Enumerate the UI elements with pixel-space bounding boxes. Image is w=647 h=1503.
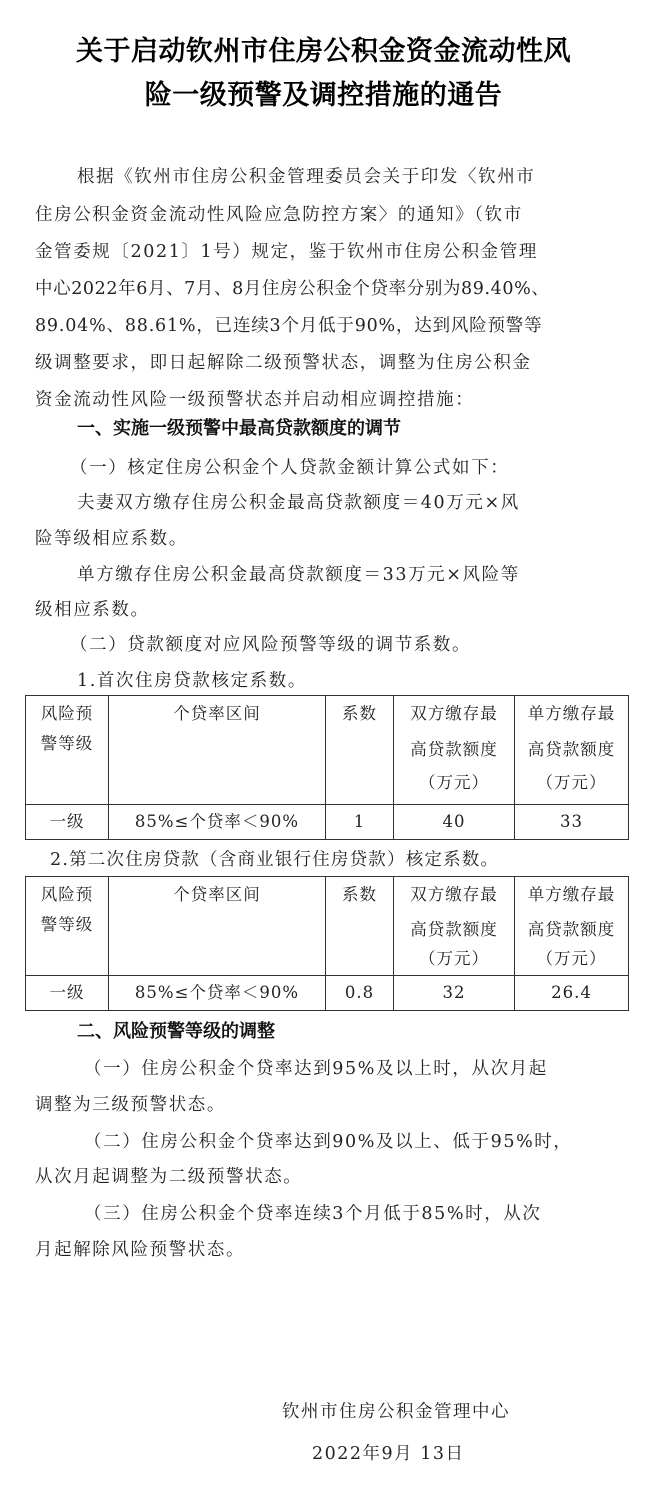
cell-single-max: 26.4 (515, 976, 629, 1011)
section-2-item-3-line-1: （三）住房公积金个贷率连续3个月低于85%时，从次 (84, 1202, 647, 1226)
header-text: 高贷款额度 (394, 913, 514, 947)
header-text: 高贷款额度 (515, 913, 628, 947)
intro-line: 中心2022年6月、7月、8月住房公积金个贷率分别为89.40%、 (35, 277, 615, 301)
cell-dual-max: 32 (394, 976, 515, 1011)
intro-line: 住房公积金资金流动性风险应急防控方案〉的通知》（钦市 (35, 203, 615, 227)
header-rate-range: 个贷率区间 (109, 696, 326, 805)
signature-date: 2022年9月 13日 (312, 1440, 465, 1465)
cell-level: 一级 (26, 976, 109, 1011)
intro-line: 级调整要求，即日起解除二级预警状态，调整为住房公积金 (35, 351, 615, 375)
table-header-row: 风险预 警等级 个贷率区间 系数 双方缴存最 高贷款额度 （万元） 单方缴存最 … (26, 696, 629, 805)
header-text: 个贷率区间 (109, 877, 325, 913)
header-text: 单方缴存最 (515, 877, 628, 913)
cell-coefficient: 1 (326, 805, 394, 840)
header-single-max: 单方缴存最 高贷款额度 （万元） (515, 696, 629, 805)
table-header-row: 风险预 警等级 个贷率区间 系数 双方缴存最 高贷款额度 （万元） 单方缴存最 … (26, 877, 629, 976)
cell-coefficient: 0.8 (326, 976, 394, 1011)
header-risk-level: 风险预 警等级 (26, 877, 109, 976)
header-text: （万元） (515, 947, 628, 971)
formula-dual-line-2: 险等级相应系数。 (35, 527, 615, 551)
table-1-caption: 1.首次住房贷款核定系数。 (77, 669, 647, 693)
header-coefficient: 系数 (326, 696, 394, 805)
section-2-heading: 二、风险预警等级的调整 (77, 1020, 275, 1044)
header-text: 双方缴存最 (394, 696, 514, 732)
cell-level: 一级 (26, 805, 109, 840)
document-title-line-1: 关于启动钦州市住房公积金资金流动性风 (0, 33, 647, 71)
coefficient-table-1: 风险预 警等级 个贷率区间 系数 双方缴存最 高贷款额度 （万元） 单方缴存最 … (25, 695, 629, 840)
cell-rate-range: 85%≤个贷率＜90% (109, 805, 326, 840)
header-rate-range: 个贷率区间 (109, 877, 326, 976)
cell-dual-max: 40 (394, 805, 515, 840)
cell-rate-range: 85%≤个贷率＜90% (109, 976, 326, 1011)
coefficient-table-2: 风险预 警等级 个贷率区间 系数 双方缴存最 高贷款额度 （万元） 单方缴存最 … (25, 876, 629, 1011)
header-dual-max: 双方缴存最 高贷款额度 （万元） (394, 877, 515, 976)
formula-single-line-1: 单方缴存住房公积金最高贷款额度＝33万元×风险等 (77, 563, 647, 587)
header-text: 系数 (326, 696, 393, 732)
header-text: 单方缴存最 (515, 696, 628, 732)
formula-single-line-2: 级相应系数。 (35, 598, 615, 622)
section-1-sub-1: （一）核定住房公积金个人贷款金额计算公式如下： (70, 456, 647, 480)
header-single-max: 单方缴存最 高贷款额度 （万元） (515, 877, 629, 976)
header-text: （万元） (394, 768, 514, 798)
section-2-item-2-line-2: 从次月起调整为二级预警状态。 (35, 1165, 615, 1189)
formula-dual-line-1: 夫妻双方缴存住房公积金最高贷款额度＝40万元×风 (77, 491, 647, 515)
header-dual-max: 双方缴存最 高贷款额度 （万元） (394, 696, 515, 805)
header-text: 个贷率区间 (109, 696, 325, 732)
section-2-item-1-line-1: （一）住房公积金个贷率达到95%及以上时，从次月起 (84, 1057, 647, 1081)
section-2-item-2-line-1: （二）住房公积金个贷率达到90%及以上、低于95%时， (84, 1130, 647, 1154)
header-text: 警等级 (26, 732, 108, 756)
signature-organization: 钦州市住房公积金管理中心 (282, 1398, 510, 1423)
header-text: （万元） (394, 947, 514, 971)
intro-line: 金管委规〔2021〕1号）规定，鉴于钦州市住房公积金管理 (35, 240, 615, 264)
intro-line: 89.04%、88.61%，已连续3个月低于90%，达到风险预警等 (35, 314, 615, 338)
section-1-sub-2: （二）贷款额度对应风险预警等级的调节系数。 (70, 633, 647, 657)
header-text: 风险预 (26, 877, 108, 913)
header-text: 双方缴存最 (394, 877, 514, 913)
header-text: 高贷款额度 (515, 732, 628, 768)
table-row: 一级 85%≤个贷率＜90% 1 40 33 (26, 805, 629, 840)
header-coefficient: 系数 (326, 877, 394, 976)
cell-single-max: 33 (515, 805, 629, 840)
header-text: 高贷款额度 (394, 732, 514, 768)
document-title-line-2: 险一级预警及调控措施的通告 (0, 77, 647, 115)
table-row: 一级 85%≤个贷率＜90% 0.8 32 26.4 (26, 976, 629, 1011)
table-2-caption: 2.第二次住房贷款（含商业银行住房贷款）核定系数。 (50, 848, 630, 872)
intro-line: 根据《钦州市住房公积金管理委员会关于印发〈钦州市 (77, 165, 647, 189)
header-text: （万元） (515, 768, 628, 798)
section-2-item-3-line-2: 月起解除风险预警状态。 (35, 1238, 615, 1262)
header-text: 系数 (326, 877, 393, 913)
intro-line: 资金流动性风险一级预警状态并启动相应调控措施： (35, 388, 615, 412)
header-text: 警等级 (26, 913, 108, 937)
header-risk-level: 风险预 警等级 (26, 696, 109, 805)
section-2-item-1-line-2: 调整为三级预警状态。 (35, 1093, 615, 1117)
header-text: 风险预 (26, 696, 108, 732)
section-1-heading: 一、实施一级预警中最高贷款额度的调节 (77, 417, 401, 441)
